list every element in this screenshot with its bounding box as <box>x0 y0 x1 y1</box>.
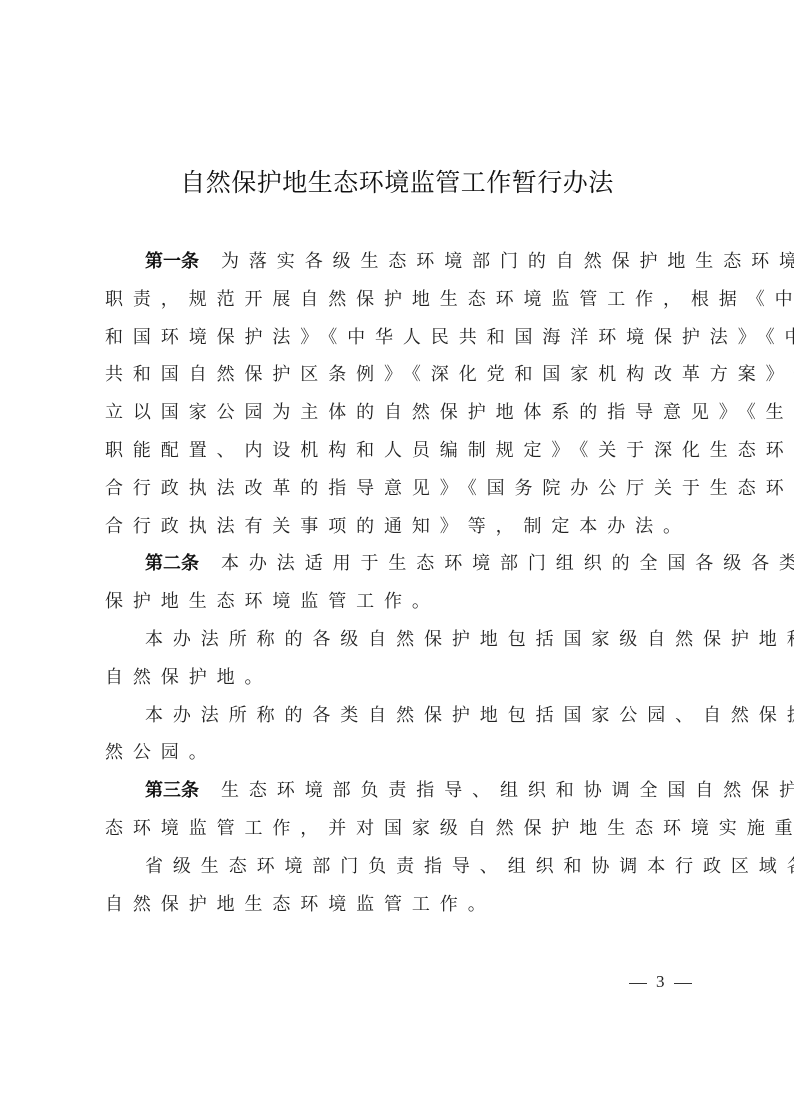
page-number: 3 <box>620 972 701 992</box>
article-1-line-3: 和国环境保护法》《中华人民共和国海洋环境保护法》《中华人民 <box>105 319 691 357</box>
article-1-line-4: 共和国自然保护区条例》《深化党和国家机构改革方案》《关于建 <box>105 356 691 394</box>
article-label: 第二条 <box>145 553 199 574</box>
document-title: 自然保护地生态环境监管工作暂行办法 <box>0 166 794 200</box>
article-3-line-2: 态环境监管工作，并对国家级自然保护地生态环境实施重点监管。 <box>105 810 691 848</box>
article-2-line-1: 第二条本办法适用于生态环境部门组织的全国各级各类自然 <box>105 545 691 583</box>
article-2-para-2-line-1: 本办法所称的各级自然保护地包括国家级自然保护地和地方级 <box>105 621 691 659</box>
article-1-line-2: 职责，规范开展自然保护地生态环境监管工作，根据《中华人民共 <box>105 281 691 319</box>
article-2-para-2-line-2: 自然保护地。 <box>105 659 691 697</box>
article-2-para-3-line-2: 然公园。 <box>105 734 691 772</box>
dash-left <box>629 983 647 984</box>
article-1-line-1: 第一条为落实各级生态环境部门的自然保护地生态环境监管 <box>105 243 691 281</box>
dash-right <box>674 983 692 984</box>
document-page: 自然保护地生态环境监管工作暂行办法 第一条为落实各级生态环境部门的自然保护地生态… <box>0 0 794 1108</box>
article-2-para-3-line-1: 本办法所称的各类自然保护地包括国家公园、自然保护区和自 <box>105 697 691 735</box>
article-label: 第三条 <box>145 780 199 801</box>
article-1-line-8: 合行政执法有关事项的通知》等，制定本办法。 <box>105 508 691 546</box>
article-1-line-7: 合行政执法改革的指导意见》《国务院办公厅关于生态环境保护综 <box>105 470 691 508</box>
article-2-line-2: 保护地生态环境监管工作。 <box>105 583 691 621</box>
article-3-para-2-line-2: 自然保护地生态环境监管工作。 <box>105 886 691 924</box>
article-1-line-6: 职能配置、内设机构和人员编制规定》《关于深化生态环境保护综 <box>105 432 691 470</box>
document-body: 第一条为落实各级生态环境部门的自然保护地生态环境监管 职责，规范开展自然保护地生… <box>105 243 691 923</box>
article-3-line-1: 第三条生态环境部负责指导、组织和协调全国自然保护地生 <box>105 772 691 810</box>
article-label: 第一条 <box>145 251 199 272</box>
article-3-para-2-line-1: 省级生态环境部门负责指导、组织和协调本行政区域各级各类 <box>105 848 691 886</box>
article-1-line-5: 立以国家公园为主体的自然保护地体系的指导意见》《生态环境部 <box>105 394 691 432</box>
